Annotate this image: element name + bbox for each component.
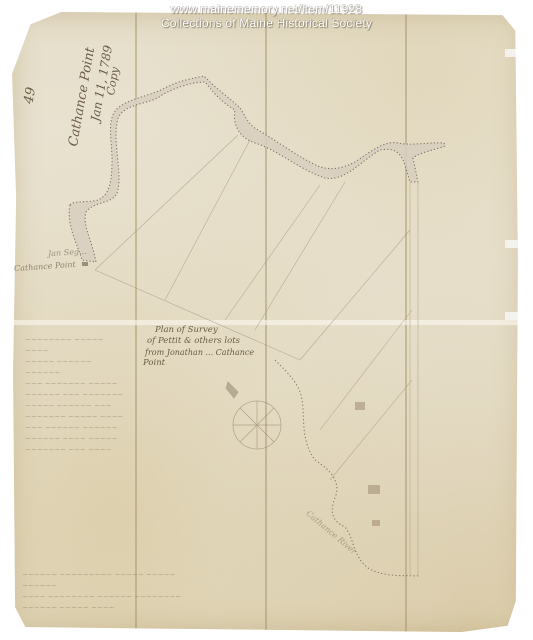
faded-text-block: ~~~~~~~~ ~~~~~ ~~~~~~~~~ ~~~~~~ ~~~~~~~~… <box>25 335 125 456</box>
river-outline <box>69 76 445 262</box>
faded-text-block: ~~~~~~ ~~~~~~~~~ ~~~~~ ~~~~~ ~~~~~~~~~~ … <box>22 570 192 614</box>
watermark-url: www.mainememory.net/item/11928 <box>0 2 533 16</box>
watermark: www.mainememory.net/item/11928 Collectio… <box>0 2 533 30</box>
watermark-credit: Collections of Maine Historical Society <box>0 16 533 30</box>
compass-rose <box>226 382 281 449</box>
cartouche-line-3: from Jonathan ... Cathance <box>145 347 275 358</box>
cartouche-line-1: Plan of Survey <box>155 325 285 336</box>
cartouche-line-2: of Pettit & others lots <box>147 336 277 347</box>
cartouche-line-4: Point <box>143 358 273 369</box>
cartouche: Plan of Survey of Pettit & others lots f… <box>143 325 273 369</box>
endorsement-number: 49 <box>21 86 39 105</box>
